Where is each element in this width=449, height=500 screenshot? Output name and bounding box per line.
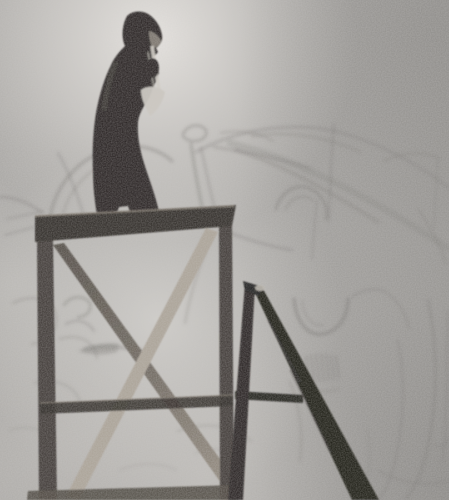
photo-frame [0, 0, 449, 500]
film-grain-overlay [0, 0, 449, 500]
scene-svg [0, 0, 449, 500]
